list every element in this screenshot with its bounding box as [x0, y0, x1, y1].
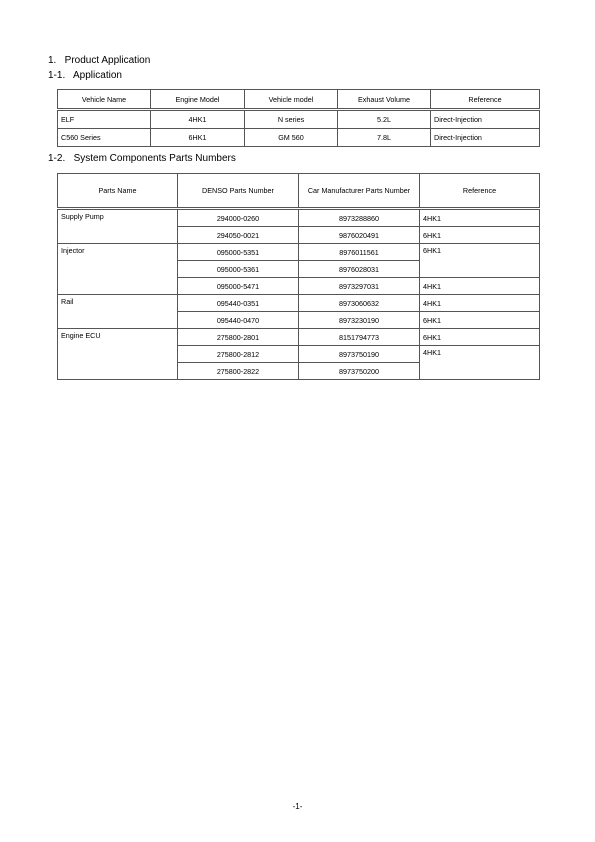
column-header: Exhaust Volume [338, 90, 431, 110]
reference-cell: 4HK1 [420, 346, 540, 380]
column-header: Vehicle Name [58, 90, 151, 110]
parts-name-cell: Injector [58, 244, 178, 295]
car-number-cell: 8973288860 [299, 209, 420, 227]
reference-cell: 4HK1 [420, 209, 540, 227]
vehicle-name-cell: ELF [58, 110, 151, 129]
car-number-cell: 8973750200 [299, 363, 420, 380]
table-row: Supply Pump 294000-0260 8973288860 4HK1 [58, 209, 540, 227]
table-row: ELF 4HK1 N series 5.2L Direct-Injection [58, 110, 540, 129]
exhaust-volume-cell: 7.8L [338, 129, 431, 147]
reference-cell: Direct-Injection [431, 110, 540, 129]
table-row: Engine ECU 275800-2801 8151794773 6HK1 [58, 329, 540, 346]
reference-cell: 6HK1 [420, 227, 540, 244]
car-number-cell: 8976011561 [299, 244, 420, 261]
table-header-row: Vehicle Name Engine Model Vehicle model … [58, 90, 540, 110]
denso-number-cell: 095440-0470 [178, 312, 299, 329]
application-table: Vehicle Name Engine Model Vehicle model … [57, 89, 540, 147]
reference-cell: 6HK1 [420, 312, 540, 329]
denso-number-cell: 095440-0351 [178, 295, 299, 312]
car-number-cell: 8151794773 [299, 329, 420, 346]
denso-number-cell: 095000-5471 [178, 278, 299, 295]
table-row: Rail 095440-0351 8973060632 4HK1 [58, 295, 540, 312]
vehicle-model-cell: GM 560 [245, 129, 338, 147]
reference-cell: 6HK1 [420, 244, 540, 278]
denso-number-cell: 095000-5351 [178, 244, 299, 261]
denso-number-cell: 294000-0260 [178, 209, 299, 227]
denso-number-cell: 275800-2801 [178, 329, 299, 346]
column-header: DENSO Parts Number [178, 174, 299, 209]
car-number-cell: 8973060632 [299, 295, 420, 312]
exhaust-volume-cell: 5.2L [338, 110, 431, 129]
parts-name-cell: Rail [58, 295, 178, 329]
table-row: Injector 095000-5351 8976011561 6HK1 [58, 244, 540, 261]
engine-model-cell: 4HK1 [151, 110, 245, 129]
car-number-cell: 8973230190 [299, 312, 420, 329]
subsection-heading-parts-numbers: 1-2. System Components Parts Numbers [48, 153, 236, 165]
parts-name-cell: Supply Pump [58, 209, 178, 244]
table-header-row: Parts Name DENSO Parts Number Car Manufa… [58, 174, 540, 209]
column-header: Parts Name [58, 174, 178, 209]
section-heading-product-application: 1. Product Application [48, 55, 150, 67]
car-number-cell: 8973750190 [299, 346, 420, 363]
car-number-cell: 9876020491 [299, 227, 420, 244]
reference-cell: 4HK1 [420, 278, 540, 295]
vehicle-model-cell: N series [245, 110, 338, 129]
subsection-heading-application: 1-1. Application [48, 70, 122, 82]
vehicle-name-cell: C560 Series [58, 129, 151, 147]
denso-number-cell: 294050-0021 [178, 227, 299, 244]
table-row: C560 Series 6HK1 GM 560 7.8L Direct-Inje… [58, 129, 540, 147]
car-number-cell: 8976028031 [299, 261, 420, 278]
column-header: Reference [431, 90, 540, 110]
column-header: Car Manufacturer Parts Number [299, 174, 420, 209]
column-header: Engine Model [151, 90, 245, 110]
parts-numbers-table: Parts Name DENSO Parts Number Car Manufa… [57, 173, 540, 380]
reference-cell: 4HK1 [420, 295, 540, 312]
reference-cell: Direct-Injection [431, 129, 540, 147]
denso-number-cell: 275800-2822 [178, 363, 299, 380]
page-number: -1- [0, 802, 595, 811]
reference-cell: 6HK1 [420, 329, 540, 346]
column-header: Vehicle model [245, 90, 338, 110]
column-header: Reference [420, 174, 540, 209]
denso-number-cell: 275800-2812 [178, 346, 299, 363]
car-number-cell: 8973297031 [299, 278, 420, 295]
denso-number-cell: 095000-5361 [178, 261, 299, 278]
parts-name-cell: Engine ECU [58, 329, 178, 380]
engine-model-cell: 6HK1 [151, 129, 245, 147]
